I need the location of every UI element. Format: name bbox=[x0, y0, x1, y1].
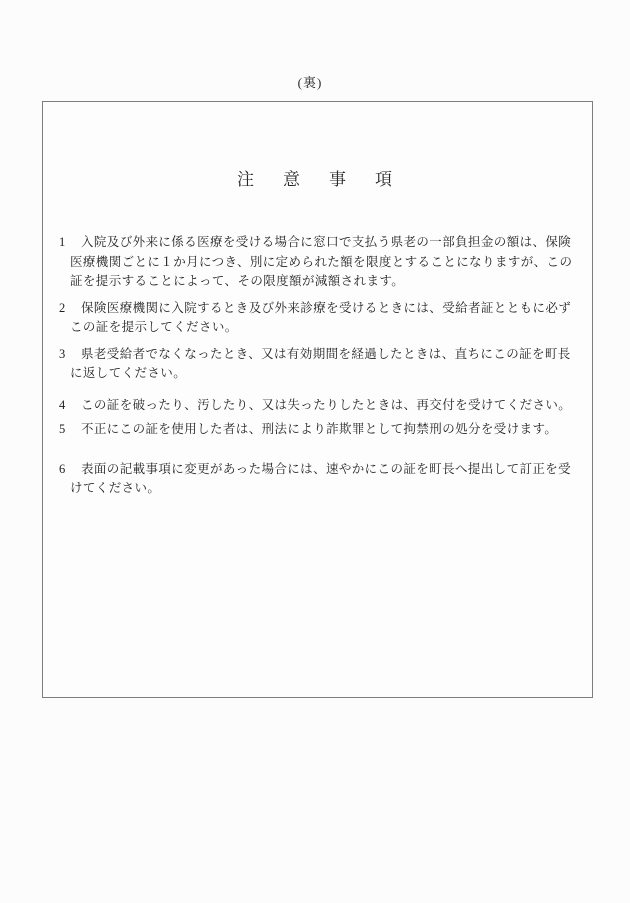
notice-items: 1入院及び外来に係る医療を受ける場合に窓口で支払う県老の一部負担金の額は、保険医… bbox=[43, 233, 592, 499]
notice-item-1: 1入院及び外来に係る医療を受ける場合に窓口で支払う県老の一部負担金の額は、保険医… bbox=[59, 233, 574, 292]
notice-item-6: 6表面の記載事項に変更があった場合には、速やかにこの証を町長へ提出して訂正を受け… bbox=[59, 460, 574, 499]
notice-box: 注 意 事 項 1入院及び外来に係る医療を受ける場合に窓口で支払う県老の一部負担… bbox=[42, 101, 593, 698]
item-text: 入院及び外来に係る医療を受ける場合に窓口で支払う県老の一部負担金の額は、保険医療… bbox=[70, 235, 572, 288]
item-number: 6 bbox=[59, 460, 81, 480]
page-side-label: (裏) bbox=[0, 72, 620, 91]
item-number: 4 bbox=[59, 396, 81, 416]
notice-item-5: 5不正にこの証を使用した者は、刑法により詐欺罪として拘禁刑の処分を受けます。 bbox=[59, 420, 574, 440]
notice-item-3: 3県老受給者でなくなったとき、又は有効期間を経過したときは、直ちにこの証を町長に… bbox=[59, 345, 574, 384]
item-text: 表面の記載事項に変更があった場合には、速やかにこの証を町長へ提出して訂正を受けて… bbox=[70, 462, 571, 496]
notice-item-2: 2保険医療機関に入院するとき及び外来診療を受けるときには、受給者証とともに必ずこ… bbox=[59, 299, 574, 338]
notice-title: 注 意 事 項 bbox=[43, 165, 592, 190]
item-number: 3 bbox=[59, 345, 81, 365]
item-text: この証を破ったり、汚したり、又は失ったりしたときは、再交付を受けてください。 bbox=[81, 398, 571, 412]
item-number: 2 bbox=[59, 299, 81, 319]
item-number: 1 bbox=[59, 233, 81, 253]
item-text: 保険医療機関に入院するとき及び外来診療を受けるときには、受給者証とともに必ずこの… bbox=[70, 301, 571, 335]
item-number: 5 bbox=[59, 420, 81, 440]
item-text: 不正にこの証を使用した者は、刑法により詐欺罪として拘禁刑の処分を受けます。 bbox=[81, 422, 557, 436]
item-text: 県老受給者でなくなったとき、又は有効期間を経過したときは、直ちにこの証を町長に返… bbox=[70, 347, 571, 381]
notice-item-4: 4この証を破ったり、汚したり、又は失ったりしたときは、再交付を受けてください。 bbox=[59, 396, 574, 416]
